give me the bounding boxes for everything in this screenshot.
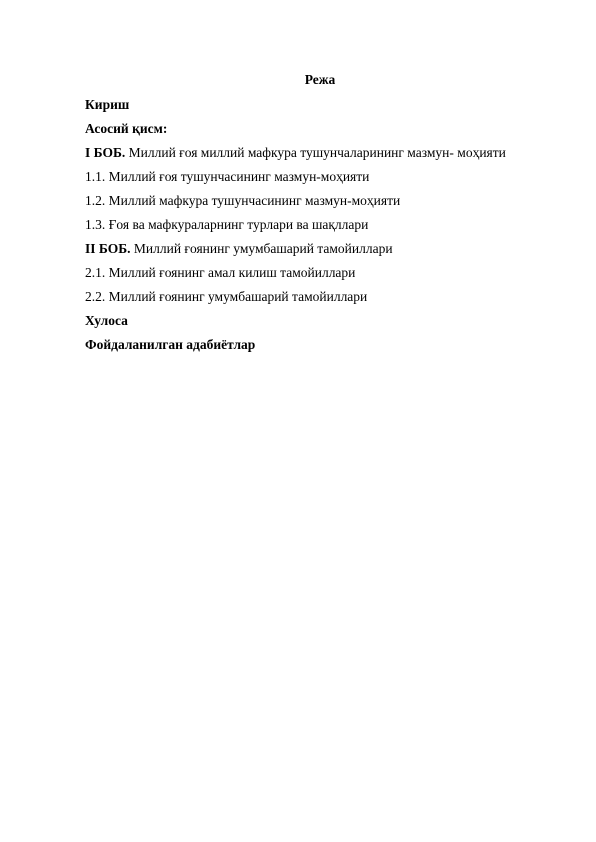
- toc-text: 1.2. Миллий мафкура тушунчасининг мазмун…: [85, 193, 400, 208]
- toc-text: 2.2. Миллий ғоянинг умумбашарий тамойилл…: [85, 289, 367, 304]
- page-title: Режа: [0, 71, 596, 89]
- toc-line-section-1-2: 1.2. Миллий мафкура тушунчасининг мазмун…: [85, 192, 400, 210]
- toc-bold-label: Фойдаланилган адабиётлар: [85, 337, 255, 352]
- toc-text: 1.1. Миллий ғоя тушунчасининг мазмун-моҳ…: [85, 169, 369, 184]
- document-page: Режа Кириш Асосий қисм: I БОБ. Миллий ғо…: [0, 0, 596, 842]
- toc-text: 1.3. Ғоя ва мафкураларнинг турлари ва ша…: [85, 217, 368, 232]
- toc-line-chapter-2: II БОБ. Миллий ғоянинг умумбашарий тамой…: [85, 240, 393, 258]
- toc-bold-label: Асосий қисм:: [85, 121, 167, 136]
- toc-line-chapter-1: I БОБ. Миллий ғоя миллий мафкура тушунча…: [85, 144, 506, 162]
- toc-text: 2.1. Миллий ғоянинг амал килиш тамойилла…: [85, 265, 355, 280]
- toc-line-references: Фойдаланилган адабиётлар: [85, 336, 255, 354]
- toc-line-section-1-1: 1.1. Миллий ғоя тушунчасининг мазмун-моҳ…: [85, 168, 369, 186]
- toc-bold-label: Кириш: [85, 97, 129, 112]
- toc-line-main-part: Асосий қисм:: [85, 120, 167, 138]
- toc-bold-label: I БОБ.: [85, 145, 125, 160]
- toc-line-introduction: Кириш: [85, 96, 129, 114]
- toc-text: Миллий ғоя миллий мафкура тушунчаларинин…: [125, 145, 506, 160]
- toc-bold-label: Хулоса: [85, 313, 128, 328]
- toc-line-section-2-2: 2.2. Миллий ғоянинг умумбашарий тамойилл…: [85, 288, 367, 306]
- toc-line-section-1-3: 1.3. Ғоя ва мафкураларнинг турлари ва ша…: [85, 216, 368, 234]
- toc-bold-label: II БОБ.: [85, 241, 131, 256]
- toc-text: Миллий ғоянинг умумбашарий тамойиллари: [131, 241, 393, 256]
- toc-line-conclusion: Хулоса: [85, 312, 128, 330]
- toc-line-section-2-1: 2.1. Миллий ғоянинг амал килиш тамойилла…: [85, 264, 355, 282]
